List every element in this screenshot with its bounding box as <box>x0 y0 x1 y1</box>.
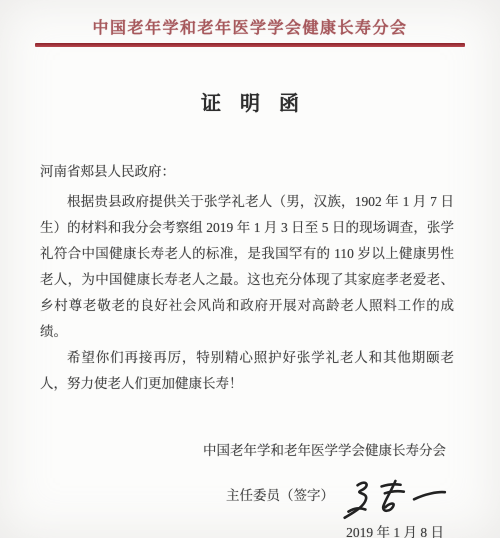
scanned-letter-page: 中国老年学和老年医学学会健康长寿分会 证 明 函 河南省郏县人民政府： 根据贵县… <box>0 0 500 538</box>
salutation: 河南省郏县人民政府： <box>40 160 456 180</box>
letterhead-rule <box>35 43 465 47</box>
handwritten-signature-icon <box>337 473 451 523</box>
letterhead-org-name: 中国老年学和老年医学学会健康长寿分会 <box>0 0 500 38</box>
letter-body: 根据贵县政府提供关于张学礼老人（男，汉族，1902 年 1 月 7 日生）的材料… <box>40 189 454 397</box>
body-paragraph-1: 根据贵县政府提供关于张学礼老人（男，汉族，1902 年 1 月 7 日生）的材料… <box>40 189 454 345</box>
signature-label: 主任委员（签字） <box>226 484 334 504</box>
signature-org-name: 中国老年学和老年医学学会健康长寿分会 <box>0 439 500 459</box>
signature-row: 主任委员（签字） <box>0 475 500 513</box>
document-title: 证 明 函 <box>0 87 500 116</box>
document-date: 2019 年 1 月 8 日 <box>0 521 500 538</box>
body-paragraph-2: 希望你们再接再厉，特别精心照护好张学礼老人和其他期颐老人，努力使老人们更加健康长… <box>40 345 454 397</box>
